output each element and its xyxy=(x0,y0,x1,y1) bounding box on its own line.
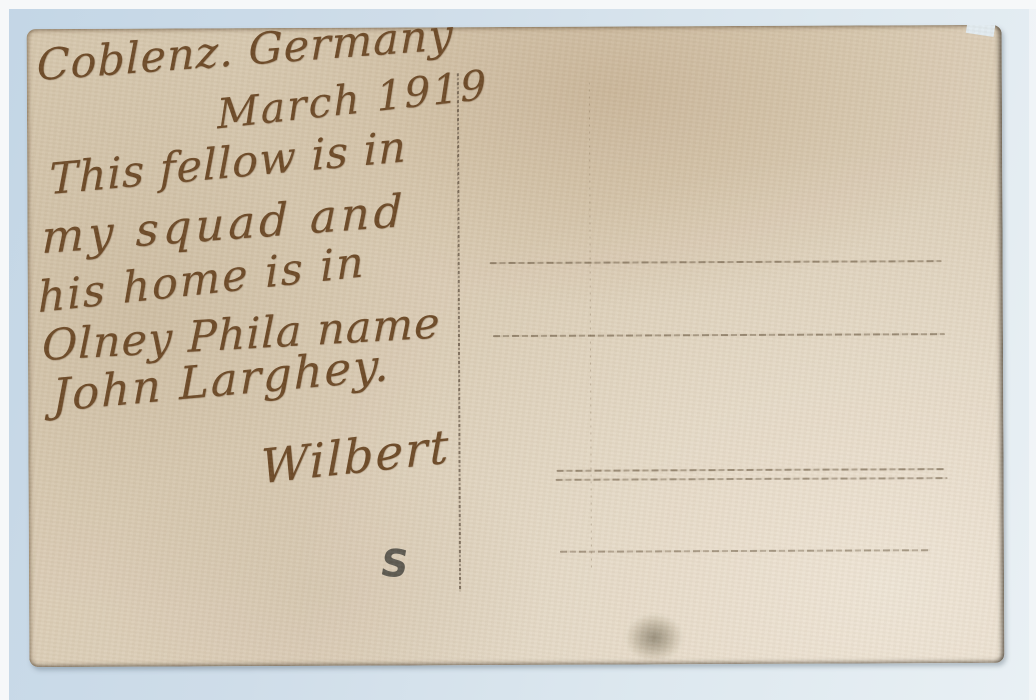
address-line xyxy=(557,468,945,472)
postcard-back: Coblenz. Germany March 1919 This fellow … xyxy=(27,25,1005,667)
stain-blot xyxy=(619,602,689,666)
address-line xyxy=(490,260,942,264)
center-divider-microtext-line xyxy=(457,73,461,591)
pencil-squiggle-mark: S xyxy=(378,544,412,583)
scan-border-right xyxy=(1029,0,1036,700)
handwriting-signature: Wilbert xyxy=(260,423,450,491)
handwriting-date-line: March 1919 xyxy=(216,65,489,136)
scan-border-left xyxy=(0,0,9,700)
address-line xyxy=(556,477,948,481)
chipped-corner xyxy=(966,20,996,37)
scan-background: Coblenz. Germany March 1919 This fellow … xyxy=(0,0,1036,700)
address-line xyxy=(560,549,930,553)
vertical-crease-line xyxy=(589,83,592,570)
scan-border-top xyxy=(0,0,1036,9)
address-line xyxy=(493,333,945,337)
